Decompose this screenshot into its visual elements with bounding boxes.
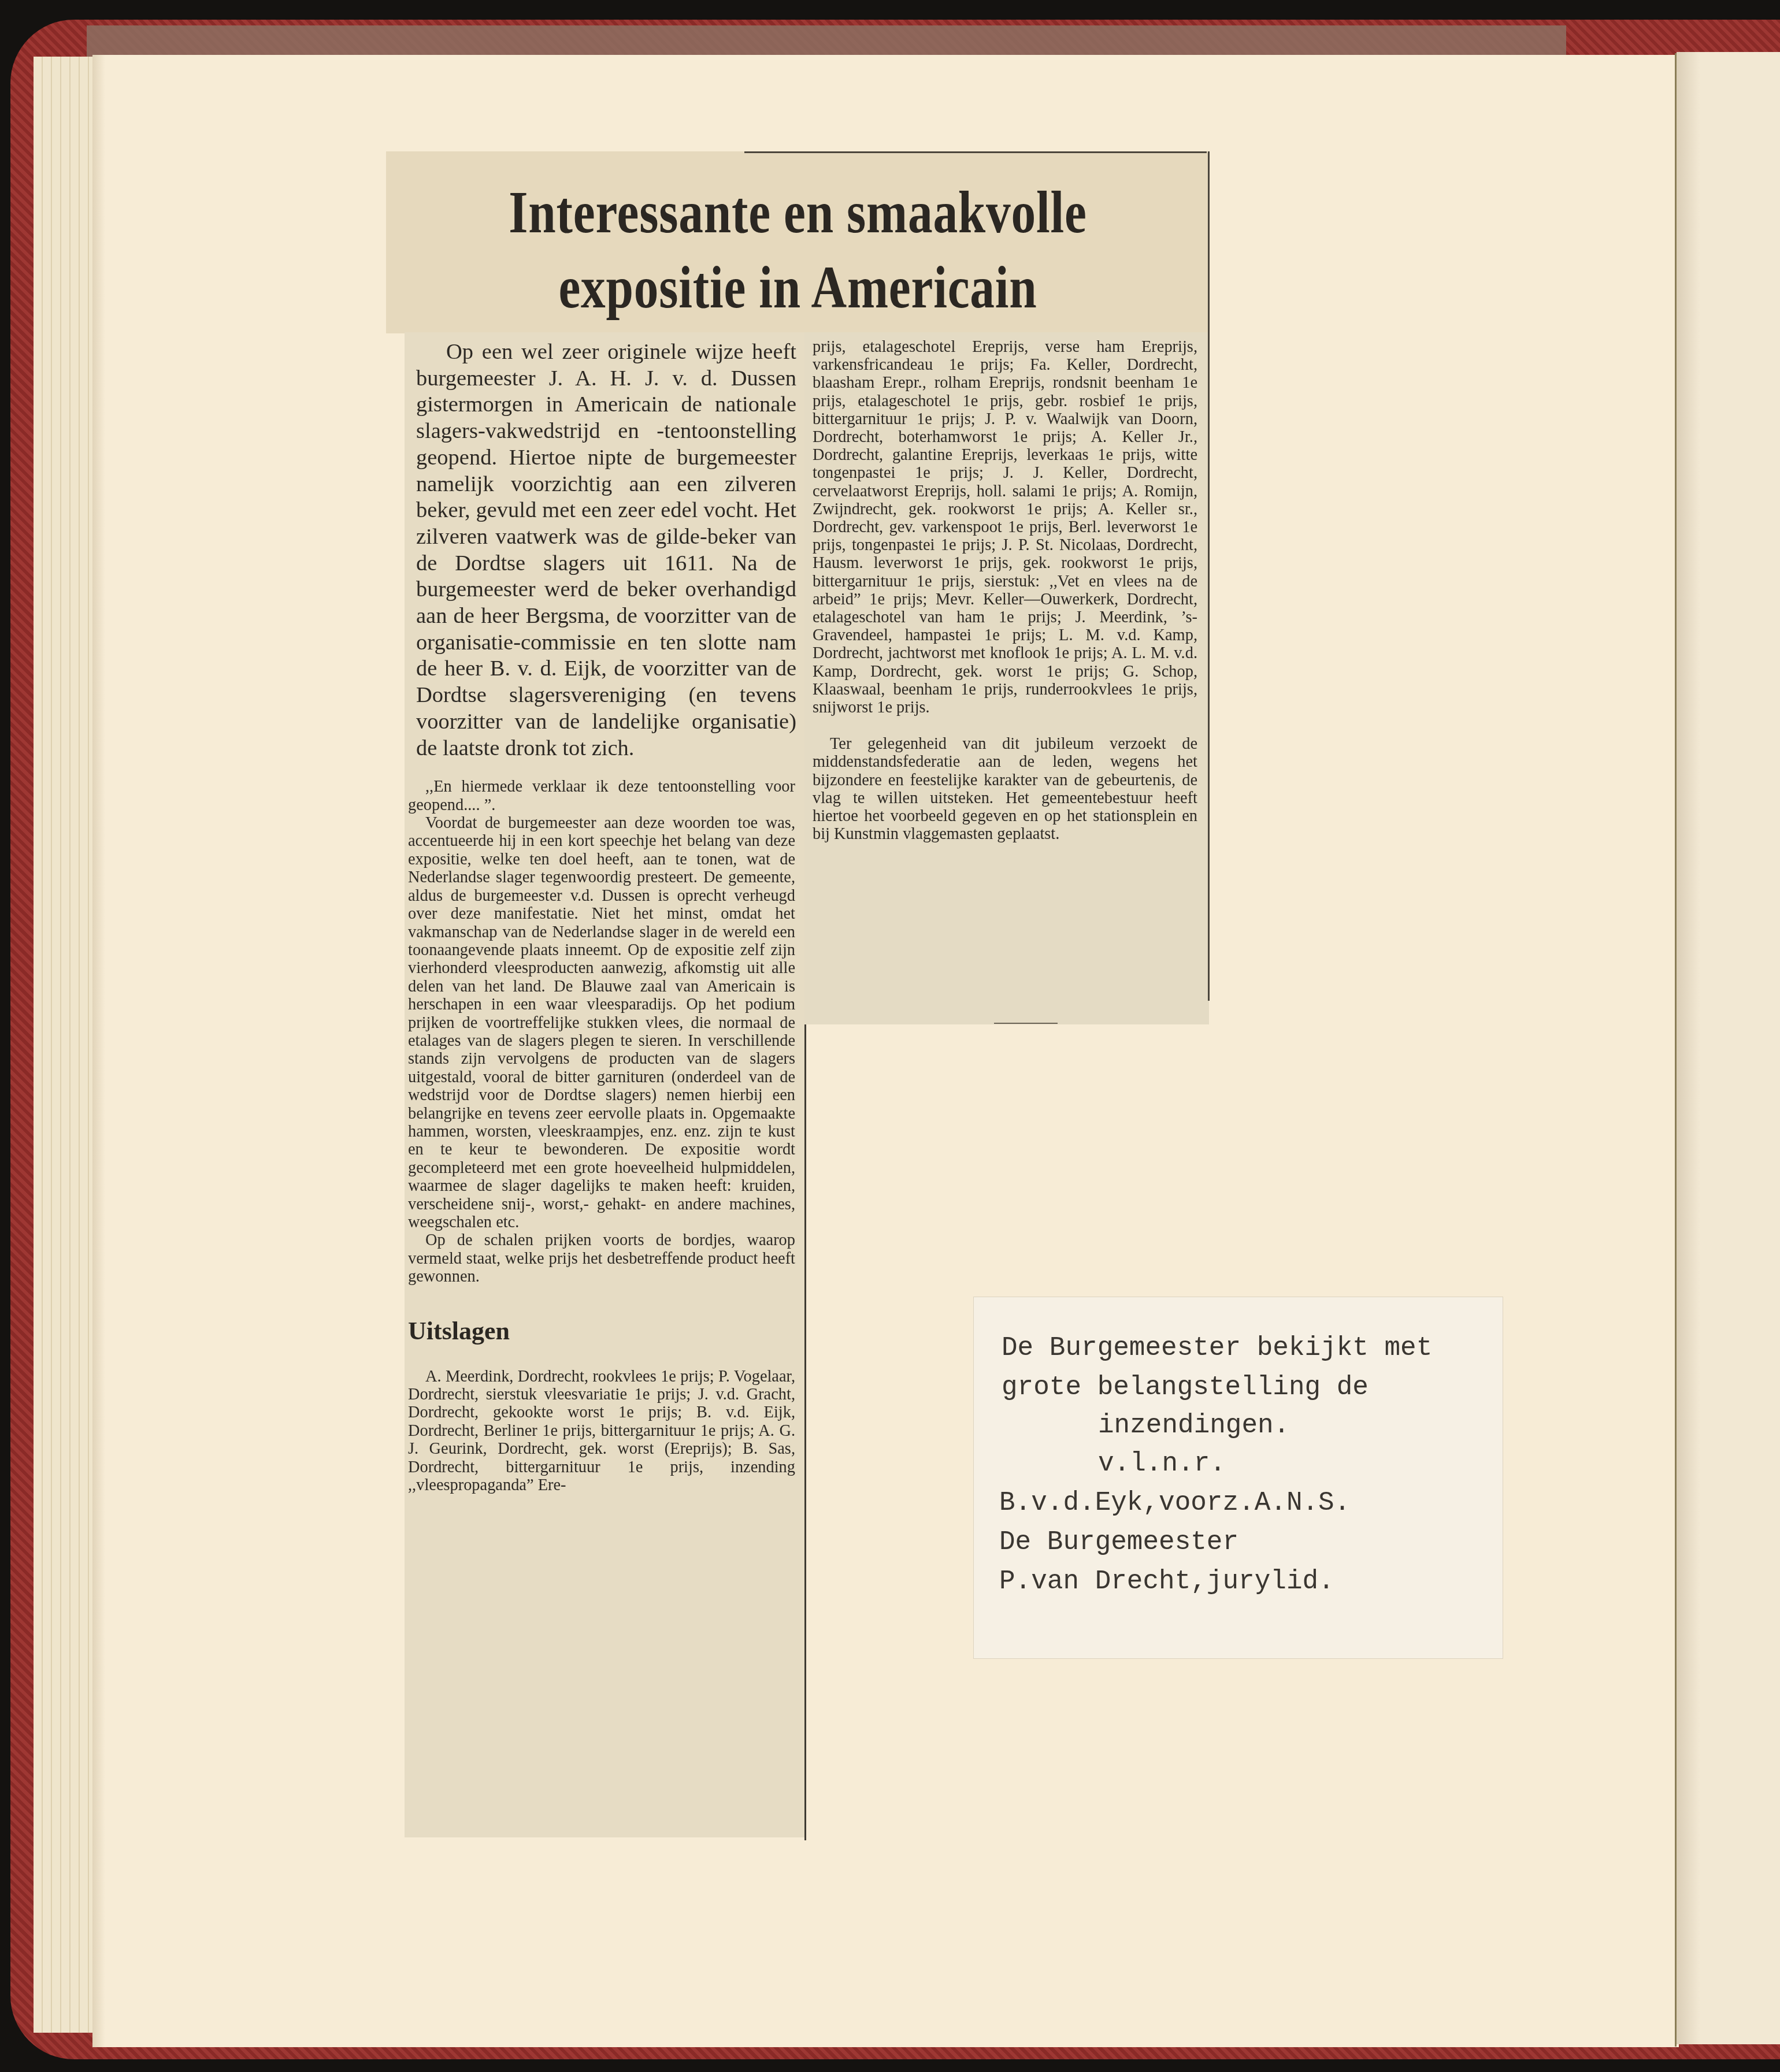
photo-caption-card: De Burgemeester bekijkt met grote belang… — [974, 1297, 1503, 1658]
article-lead: Op een wel zeer originele wijze heeft bu… — [405, 332, 804, 762]
headline-line-2: expositie in Americain — [460, 253, 1136, 322]
caption-line: P.van Drecht,jurylid. — [999, 1566, 1334, 1596]
caption-line: De Burgemeester — [999, 1527, 1238, 1557]
results-heading: Uitslagen — [408, 1316, 804, 1346]
article-paragraph: ,,En hiermede verklaar ik deze tentoonst… — [408, 778, 795, 814]
article-column-right: prijs, etalageschotel Ereprijs, verse ha… — [804, 332, 1209, 1024]
results-left: A. Meerdink, Dordrecht, rookvlees 1e pri… — [405, 1368, 804, 1495]
results-text: A. Meerdink, Dordrecht, rookvlees 1e pri… — [408, 1368, 795, 1495]
caption-line: De Burgemeester bekijkt met — [1002, 1333, 1432, 1363]
page-stack-edges — [34, 57, 98, 2033]
clipping-top-rule — [744, 151, 1207, 153]
caption-line: B.v.d.Eyk,voorz.A.N.S. — [999, 1488, 1350, 1518]
caption-line: v.l.n.r. — [1098, 1449, 1226, 1479]
article-paragraph: Voordat de burgemeester aan deze woorden… — [408, 814, 795, 1231]
caption-line: inzendingen. — [1098, 1410, 1289, 1440]
results-right: prijs, etalageschotel Ereprijs, verse ha… — [804, 332, 1209, 843]
results-text-continued: prijs, etalageschotel Ereprijs, verse ha… — [813, 338, 1197, 716]
closing-paragraph: Ter gelegenheid van dit jubileum verzoek… — [813, 735, 1197, 843]
end-rule — [994, 1023, 1058, 1024]
article-column-left: Op een wel zeer originele wijze heeft bu… — [405, 332, 804, 1837]
article-body: ,,En hiermede verklaar ik deze tentoonst… — [405, 778, 804, 1286]
caption-line: grote belangstelling de — [1002, 1372, 1369, 1402]
album-endband — [87, 25, 1566, 59]
clipping-right-rule — [1208, 151, 1210, 1001]
next-page-edge — [1677, 52, 1780, 2044]
page-shadow — [92, 55, 105, 2047]
article-paragraph: Op de schalen prijken voorts de bordjes,… — [408, 1231, 795, 1286]
newspaper-clipping-headline: Interessante en smaakvolle expositie in … — [386, 151, 1210, 333]
headline-line-1: Interessante en smaakvolle — [460, 178, 1136, 247]
